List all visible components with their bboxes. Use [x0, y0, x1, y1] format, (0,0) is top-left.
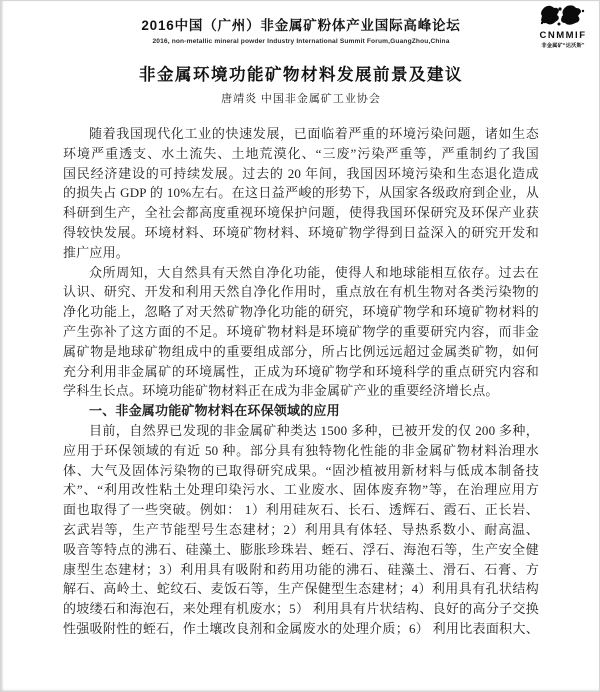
body-text-line: 科研到生产，全社会都高度重视环境保护问题，使得我国环保研究及环保产业获	[63, 203, 539, 223]
body-text-line: 充分利用非金属矿的环境属性，正成为环境矿物学和环境科学的重点研究内容和	[63, 362, 539, 382]
body-text-line: 国民经济建设的可持续发展。过去的 20 年间，我国因环境污染和生态退化造成	[63, 164, 539, 184]
body-text-line: 面也取得了一些突破。例如： 1）利用硅灰石、长石、透辉石、霞石、正长岩、	[63, 500, 539, 520]
body-text-line: 吸音等特点的沸石、硅藻土、膨胀珍珠岩、蛭石、浮石、海泡石等，生产安全健	[63, 540, 539, 560]
article-byline: 唐靖炎 中国非金属矿工业协会	[61, 90, 541, 106]
article-title: 非金属环境功能矿物材料发展前景及建议	[61, 61, 541, 85]
body-text-line: 环境严重透支、水土流失、土地荒漠化、“三废”污染严重等，严重制约了我国	[63, 144, 539, 164]
cnmmif-logo-tagline: 非金属矿“达沃斯”	[534, 42, 592, 49]
body-text-line: 性强吸附性的蛭石，作土壤改良剂和金属废水的处理介质；6） 利用比表面积大、	[63, 619, 539, 639]
body-text-line: 体、大气及固体污染物的已取得研究成果。“固沙植被用新材料与低成本制备技	[63, 461, 539, 481]
body-text-line: 玄武岩等，生产节能型号生态建材；2）利用具有体轻、导热系数小、耐高温、	[63, 520, 539, 540]
cnmmif-logo-icon	[534, 5, 592, 29]
body-text-line: 学科生长点。环境功能矿物材料正在成为非金属矿产业的重要经济增长点。	[63, 381, 539, 401]
body-text-line: 一、非金属功能矿物材料在环保领域的应用	[63, 401, 539, 421]
cnmmif-logo-acronym: CNMMIF	[534, 30, 592, 41]
article-body: 随着我国现代化工业的快速发展，已面临着严重的环境污染问题，诸如生态环境严重透支、…	[63, 124, 539, 639]
body-text-line: 众所周知，大自然具有天然自净化功能，使得人和地球能相互依存。过去在	[63, 263, 539, 283]
body-text-line: 的坡缕石和海泡石，来处理有机废水；5） 利用具有片状结构、良好的高分子交换	[63, 599, 539, 619]
body-text-line: 解石、高岭土、蛇纹石、麦饭石等，生产保健型生态建材；4）利用具有孔状结构	[63, 579, 539, 599]
body-text-line: 术”、“利用改性粘土处理印染污水、工业废水、固体废弃物”等，在治理应用方	[63, 480, 539, 500]
body-text-line: 康型生态建材；3）利用具有吸附和药用功能的沸石、硅藻土、滑石、石膏、方	[63, 560, 539, 580]
document-page: 2016中国（广州）非金属矿粉体产业国际高峰论坛 2016, non-metal…	[0, 0, 600, 692]
forum-title-en: 2016, non-metallic mineral powder Indust…	[61, 38, 541, 45]
forum-title-cn: 2016中国（广州）非金属矿粉体产业国际高峰论坛	[61, 14, 541, 34]
body-text-line: 应用于环保领域的有近 50 种。部分具有独特物化性能的非金属矿物材料治理水	[63, 441, 539, 461]
body-text-line: 的损失占 GDP 的 10%左右。在这日益严峻的形势下，从国家各级政府到企业，从	[63, 183, 539, 203]
body-text-line: 属矿物是地球矿物组成中的重要组成部分，所占比例远远超过金属类矿物，如何	[63, 342, 539, 362]
cnmmif-logo: CNMMIF 非金属矿“达沃斯”	[534, 5, 592, 49]
body-text-line: 随着我国现代化工业的快速发展，已面临着严重的环境污染问题，诸如生态	[63, 124, 539, 144]
body-text-line: 推广应用。	[63, 243, 539, 263]
body-text-line: 认识、研究、开发和利用天然自净化作用时，重点放在有机生物对各类污染物的	[63, 282, 539, 302]
body-text-line: 产生弥补了这方面的不足。环境矿物材料是环境矿物学的重要研究内容，而非金	[63, 322, 539, 342]
forum-header: 2016中国（广州）非金属矿粉体产业国际高峰论坛 2016, non-metal…	[61, 14, 541, 45]
body-text-line: 得较快发展。环境材料、环境矿物材料、环境矿物学得到日益深入的研究开发和	[63, 223, 539, 243]
body-text-line: 目前，自然界已发现的非金属矿种类达 1500 多种，已被开发的仅 200 多种，	[63, 421, 539, 441]
body-text-line: 净化功能上，忽略了对天然矿物净化功能的研究，环境矿物学和环境矿物材料的	[63, 302, 539, 322]
